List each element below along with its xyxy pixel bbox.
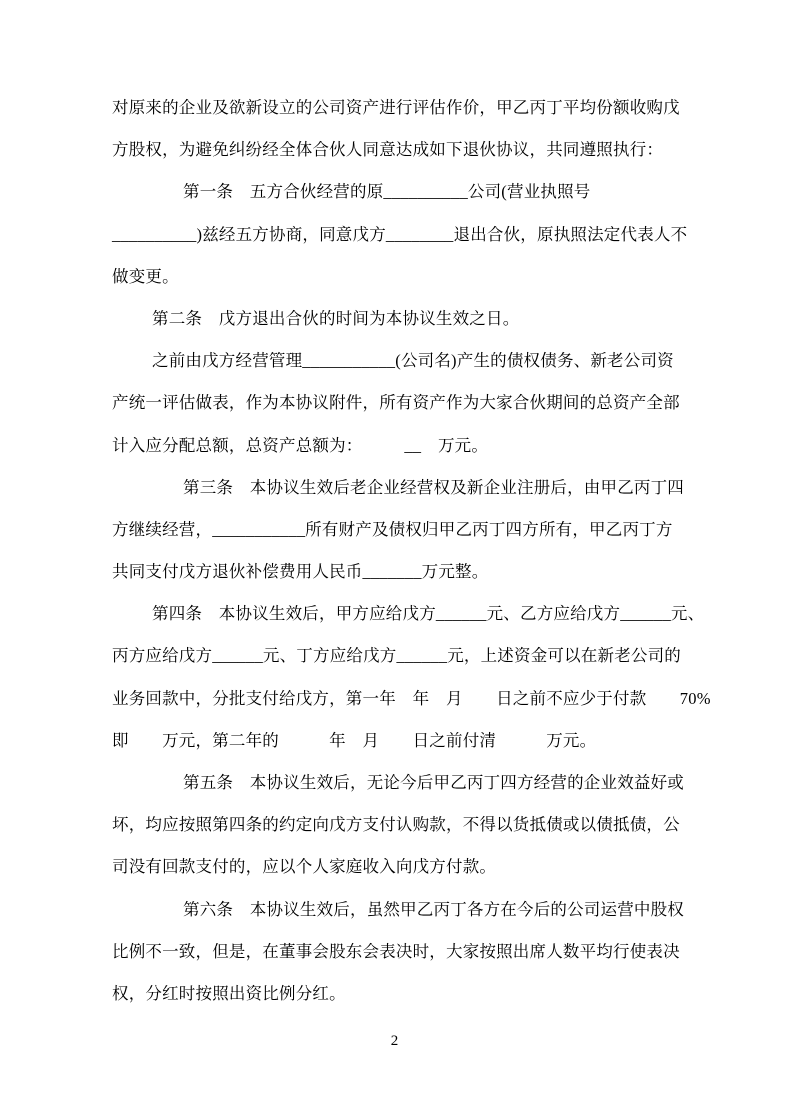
document-line: __________)兹经五方协商，同意戊方________退出合伙，原执照法定… [112, 214, 684, 256]
document-line: 共同支付戊方退伙补偿费用人民币_______万元整。 [112, 551, 684, 593]
document-line: 第六条 本协议生效后，虽然甲乙丙丁各方在今后的公司运营中股权 [112, 889, 684, 931]
document-line: 比例不一致，但是，在董事会股东会表决时，大家按照出席人数平均行使表决 [112, 931, 684, 973]
document-line: 司没有回款支付的，应以个人家庭收入向戊方付款。 [112, 846, 684, 888]
document-line: 第四条 本协议生效后，甲方应给戊方______元、乙方应给戊方______元、 [112, 593, 684, 635]
document-line: 即 万元，第二年的 年 月 日之前付清 万元。 [112, 720, 684, 762]
document-line: 方继续经营，___________所有财产及债权归甲乙丙丁四方所有，甲乙丙丁方 [112, 509, 684, 551]
document-line: 之前由戊方经营管理___________(公司名)产生的债权债务、新老公司资 [112, 340, 684, 382]
document-line: 权，分红时按照出资比例分红。 [112, 973, 684, 1015]
document-line: 做变更。 [112, 256, 684, 298]
document-line: 第三条 本协议生效后老企业经营权及新企业注册后，由甲乙丙丁四 [112, 467, 684, 509]
document-line: 丙方应给戊方______元、丁方应给戊方______元，上述资金可以在新老公司的 [112, 635, 684, 677]
document-body: 对原来的企业及欲新设立的公司资产进行评估作价，甲乙丙丁平均份额收购戊方股权，为避… [112, 87, 684, 1015]
document-line: 业务回款中，分批支付给戊方，第一年 年 月 日之前不应少于付款 70% [112, 678, 684, 720]
document-line: 方股权，为避免纠纷经全体合伙人同意达成如下退伙协议，共同遵照执行： [112, 129, 684, 171]
document-line: 第一条 五方合伙经营的原__________公司(营业执照号 [112, 171, 684, 213]
document-line: 计入应分配总额，总资产总额为： __ 万元。 [112, 425, 684, 467]
document-line: 第二条 戊方退出合伙的时间为本协议生效之日。 [112, 298, 684, 340]
document-line: 第五条 本协议生效后，无论今后甲乙丙丁四方经营的企业效益好或 [112, 762, 684, 804]
document-page: 对原来的企业及欲新设立的公司资产进行评估作价，甲乙丙丁平均份额收购戊方股权，为避… [0, 0, 789, 1118]
page-number: 2 [0, 1031, 789, 1051]
document-line: 对原来的企业及欲新设立的公司资产进行评估作价，甲乙丙丁平均份额收购戊 [112, 87, 684, 129]
document-line: 坏，均应按照第四条的约定向戊方支付认购款，不得以货抵债或以债抵债，公 [112, 804, 684, 846]
document-line: 产统一评估做表，作为本协议附件，所有资产作为大家合伙期间的总资产全部 [112, 382, 684, 424]
